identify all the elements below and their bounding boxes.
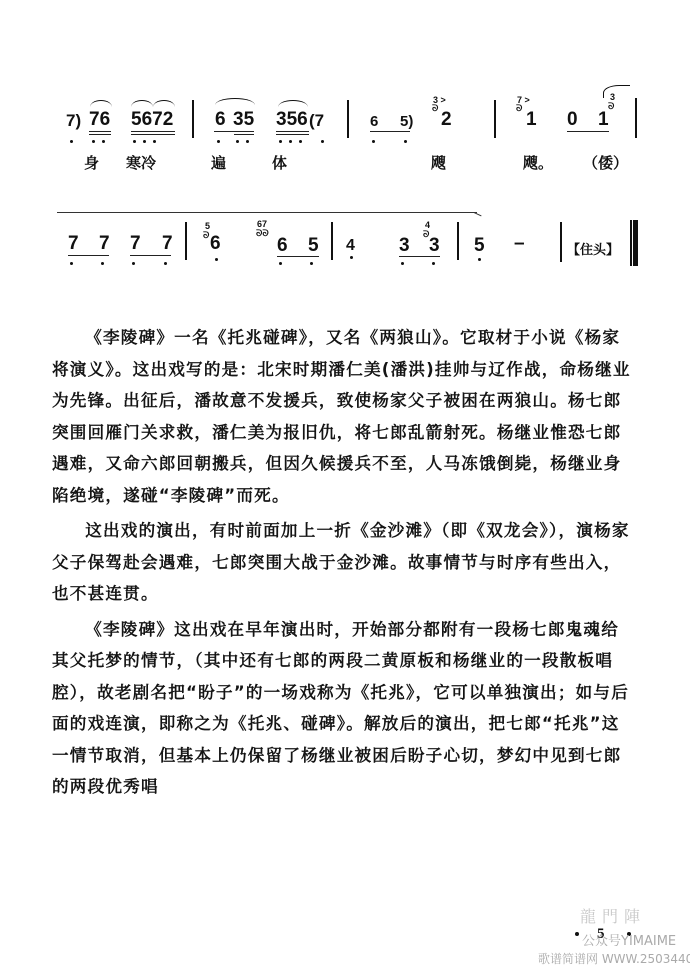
article-body: 《李陵碑》一名《托兆碰碑》，又名《两狼山》。它取材于小说《杨家将演义》。这出戏写…	[52, 322, 632, 803]
watermark-text: 公众号YIMAIME	[582, 930, 676, 949]
note: 1	[526, 110, 537, 130]
watermark-logo: 龍門陣	[580, 904, 646, 927]
note: 6	[215, 110, 226, 130]
barline	[494, 100, 496, 138]
note: 6	[370, 112, 378, 132]
note: (7	[309, 111, 324, 131]
barline	[457, 222, 459, 260]
lyric: 飕	[431, 155, 446, 171]
lyric: 身	[84, 155, 99, 171]
note: 3	[429, 236, 440, 256]
note: 5	[474, 236, 485, 256]
slur	[215, 98, 255, 105]
lyric: 遍	[211, 155, 226, 171]
slur	[90, 100, 112, 107]
slur	[603, 85, 630, 98]
note: 5672	[131, 110, 173, 130]
final-barline-thin	[630, 220, 632, 266]
slur	[278, 100, 308, 107]
note: 2	[441, 110, 452, 130]
note: 7	[130, 234, 141, 254]
barline	[635, 98, 637, 138]
slur	[131, 100, 153, 107]
note: 1	[598, 110, 609, 130]
note: 5)	[400, 112, 413, 132]
lyric: 体	[272, 155, 287, 171]
barline	[192, 100, 194, 138]
note: 356	[276, 110, 308, 130]
paragraph: 这出戏的演出，有时前面加上一折《金沙滩》（即《双龙会》），演杨家父子保驾赴会遇难…	[52, 515, 632, 610]
note: 7	[99, 234, 110, 254]
page-number-dot	[575, 932, 579, 936]
note: 76	[89, 110, 110, 130]
note: 35	[233, 110, 254, 130]
ending-marking: 【住头】	[567, 239, 619, 258]
barline	[347, 100, 349, 138]
paragraph: 《李陵碑》这出戏在早年演出时，开始部分都附有一段杨七郎鬼魂给其父托梦的情节，（其…	[52, 614, 632, 803]
lyric: （倭）	[583, 155, 628, 171]
final-barline-thick	[633, 220, 638, 266]
note: 7	[68, 234, 79, 254]
note: 3	[399, 236, 410, 256]
note: 7)	[66, 111, 81, 131]
note: 7	[162, 234, 173, 254]
lyric: 飕。	[523, 155, 553, 171]
watermark-text: 歌谱简谱网 WWW.2503440.NET	[538, 950, 690, 967]
note: 0	[567, 110, 578, 130]
barline	[331, 222, 333, 260]
note: 6	[210, 234, 221, 254]
long-slur	[57, 212, 477, 213]
slur	[153, 100, 175, 107]
note: 5	[308, 236, 319, 256]
lyric: 寒冷	[126, 155, 156, 171]
barline	[185, 222, 187, 260]
paragraph: 《李陵碑》一名《托兆碰碑》，又名《两狼山》。它取材于小说《杨家将演义》。这出戏写…	[52, 322, 632, 511]
note: 6	[277, 236, 288, 256]
note: –	[514, 234, 525, 254]
barline	[560, 222, 562, 262]
note: 4	[346, 236, 355, 256]
